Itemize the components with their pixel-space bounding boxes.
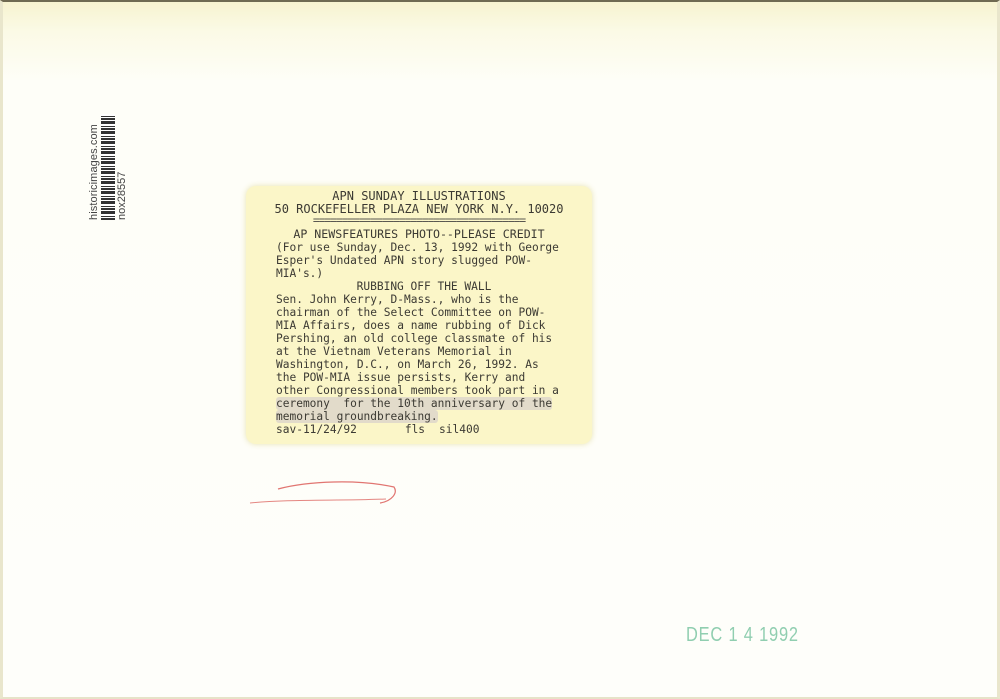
- caption-footer: sav-11/24/92flssil400: [246, 423, 592, 436]
- barcode-id-text: nox28557: [116, 108, 128, 220]
- barcode-site-text: historicimages.com: [88, 108, 100, 220]
- caption-body-line: at the Vietnam Veterans Memorial in: [246, 345, 592, 358]
- barcode-icon: [101, 114, 115, 220]
- caption-headline: RUBBING OFF THE WALL: [246, 280, 592, 293]
- caption-usage-line: (For use Sunday, Dec. 13, 1992 with Geor…: [246, 241, 592, 254]
- caption-footer-code2: sil400: [439, 423, 479, 436]
- caption-body-line-highlighted: ceremony for the 10th anniversary of the: [246, 397, 592, 410]
- caption-body-line: Washington, D.C., on March 26, 1992. As: [246, 358, 592, 371]
- caption-body-line: the POW-MIA issue persists, Kerry and: [246, 371, 592, 384]
- caption-header-address: 50 ROCKEFELLER PLAZA NEW YORK N.Y. 10020: [246, 203, 592, 216]
- caption-body-line: Sen. John Kerry, D-Mass., who is the: [246, 293, 592, 306]
- caption-footer-code1: fls: [405, 423, 425, 436]
- caption-slip: APN SUNDAY ILLUSTRATIONS 50 ROCKEFELLER …: [246, 186, 592, 444]
- caption-body-line: chairman of the Select Committee on POW-: [246, 306, 592, 319]
- caption-usage-line: Esper's Undated APN story slugged POW-: [246, 254, 592, 267]
- caption-body-line: MIA Affairs, does a name rubbing of Dick: [246, 319, 592, 332]
- highlight-mark: memorial groundbreaking.: [276, 410, 438, 423]
- caption-footer-slug: sav-11/24/92: [276, 423, 357, 436]
- barcode-label: historicimages.com nox28557: [82, 108, 142, 220]
- caption-body-line: Pershing, an old college classmate of hi…: [246, 332, 592, 345]
- received-date-stamp: DEC 1 4 1992: [686, 624, 799, 647]
- caption-body-line-highlighted: memorial groundbreaking.: [246, 410, 592, 423]
- highlight-mark: ceremony for the 10th anniversary of the: [276, 397, 552, 410]
- caption-body-line: other Congressional members took part in…: [246, 384, 592, 397]
- caption-credit-line: AP NEWSFEATURES PHOTO--PLEASE CREDIT: [246, 228, 592, 241]
- caption-usage-line: MIA's.): [246, 267, 592, 280]
